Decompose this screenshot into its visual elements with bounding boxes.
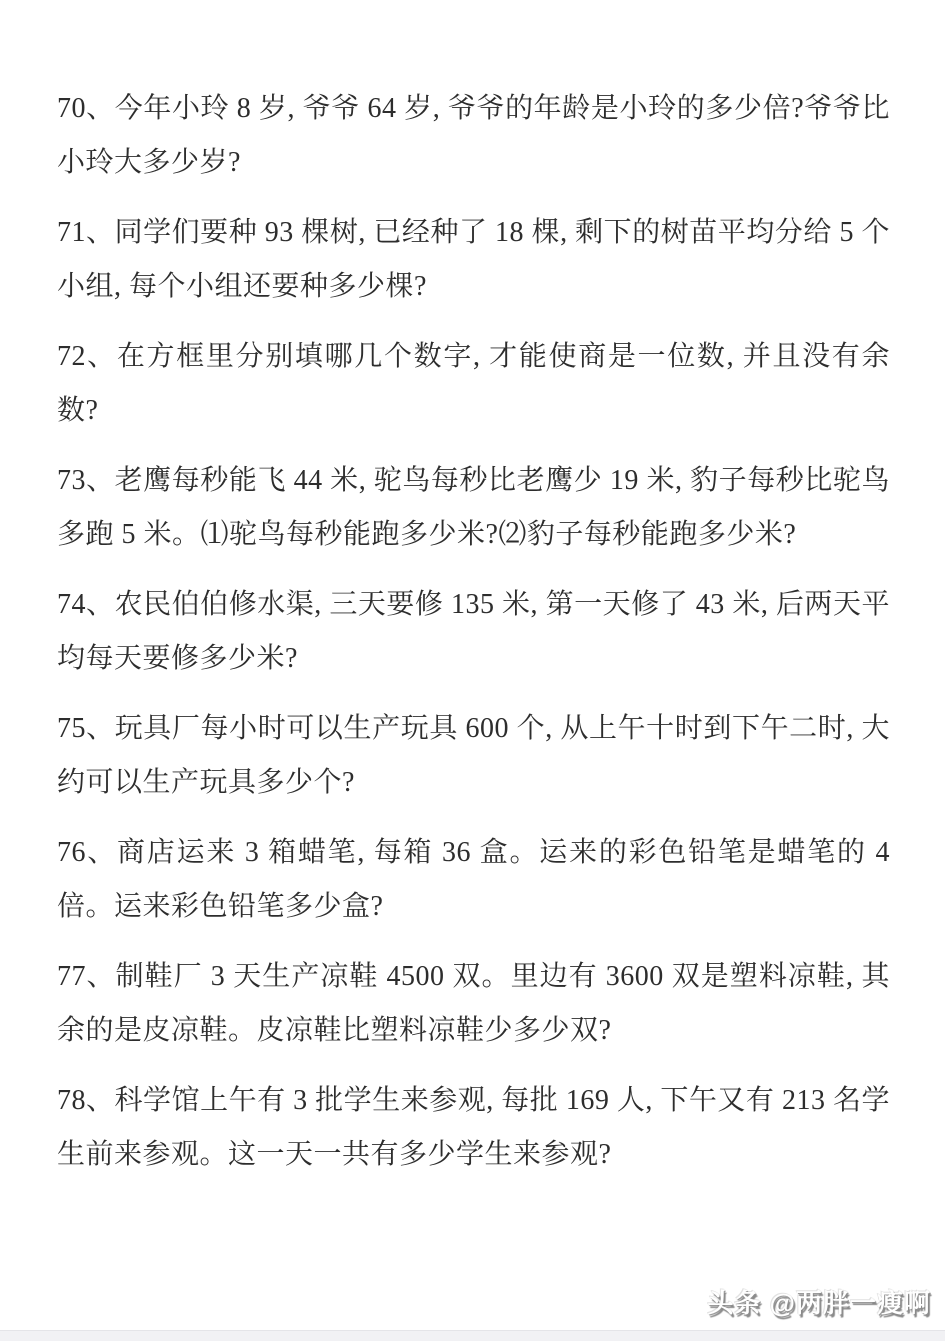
question-70: 70、今年小玲 8 岁, 爷爷 64 岁, 爷爷的年龄是小玲的多少倍?爷爷比小玲… — [57, 82, 890, 190]
bottom-edge-bar — [0, 1330, 945, 1341]
question-78: 78、科学馆上午有 3 批学生来参观, 每批 169 人, 下午又有 213 名… — [57, 1074, 890, 1182]
question-75: 75、玩具厂每小时可以生产玩具 600 个, 从上午十时到下午二时, 大约可以生… — [57, 702, 890, 810]
worksheet-page: 70、今年小玲 8 岁, 爷爷 64 岁, 爷爷的年龄是小玲的多少倍?爷爷比小玲… — [0, 0, 945, 1341]
question-72: 72、在方框里分别填哪几个数字, 才能使商是一位数, 并且没有余数? — [57, 330, 890, 438]
question-73: 73、老鹰每秒能飞 44 米, 驼鸟每秒比老鹰少 19 米, 豹子每秒比驼鸟多跑… — [57, 454, 890, 562]
question-76: 76、商店运来 3 箱蜡笔, 每箱 36 盒。运来的彩色铅笔是蜡笔的 4 倍。运… — [57, 826, 890, 934]
question-77: 77、制鞋厂 3 天生产凉鞋 4500 双。里边有 3600 双是塑料凉鞋, 其… — [57, 950, 890, 1058]
question-71: 71、同学们要种 93 棵树, 已经种了 18 棵, 剩下的树苗平均分给 5 个… — [57, 206, 890, 314]
question-list: 70、今年小玲 8 岁, 爷爷 64 岁, 爷爷的年龄是小玲的多少倍?爷爷比小玲… — [57, 82, 890, 1198]
question-74: 74、农民伯伯修水渠, 三天要修 135 米, 第一天修了 43 米, 后两天平… — [57, 578, 890, 686]
toutiao-watermark: 头条 @两胖一瘦啊 — [707, 1283, 931, 1320]
